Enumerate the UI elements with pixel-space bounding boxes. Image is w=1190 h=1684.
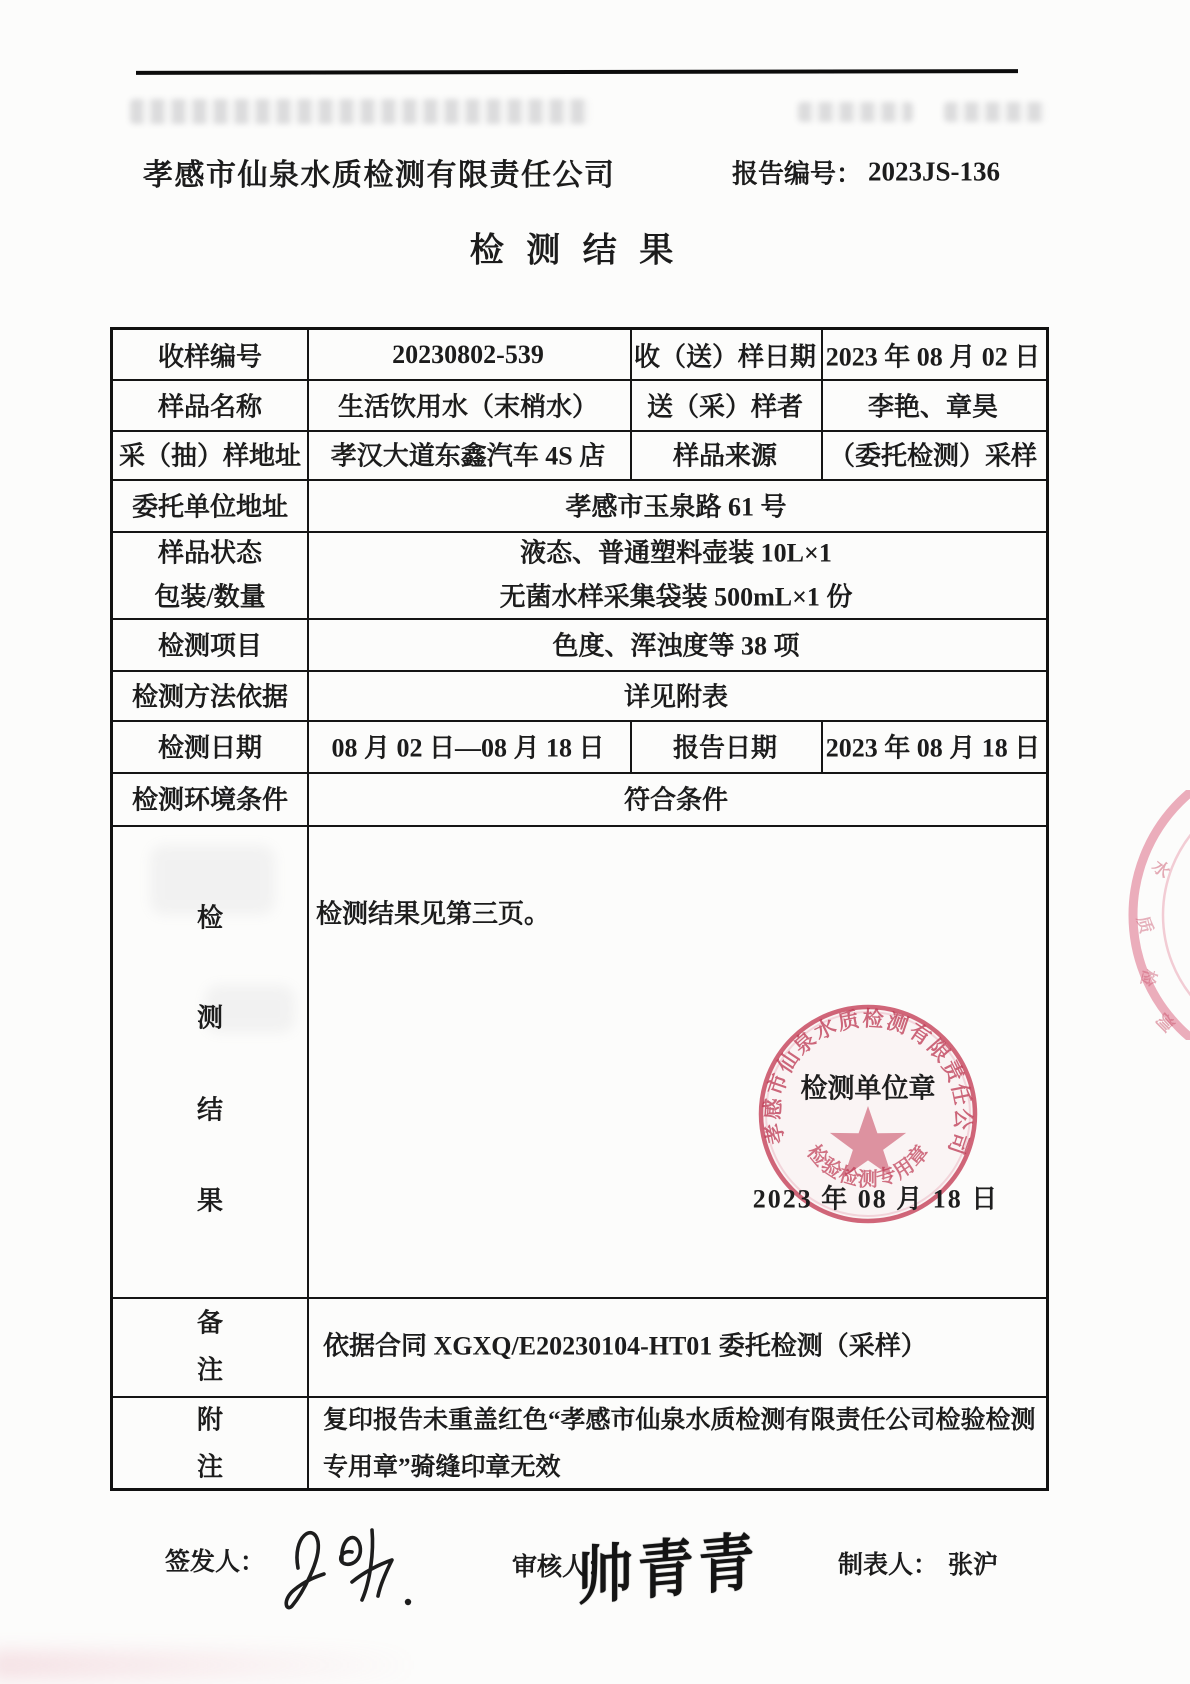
report-number-label: 报告编号： — [732, 154, 862, 191]
edge-stamp-faint-char: 水 — [1148, 856, 1174, 882]
sample-id-value: 20230802-539 — [392, 340, 544, 370]
result-label-char: 测 — [197, 998, 223, 1035]
receive-date-label: 收（送）样日期 — [634, 337, 816, 374]
edge-stamp-faint-char: 质 — [1133, 914, 1157, 936]
table-grid-line — [113, 825, 1046, 827]
sample-name-value: 生活饮用水（末梢水） — [338, 387, 598, 424]
report-table: 收样编号 20230802-539 收（送）样日期 2023 年 08 月 02… — [110, 327, 1049, 1491]
tabulator-name: 张沪 — [948, 1552, 998, 1579]
report-page: 孝感市仙泉水质检测有限责任公司 报告编号： 2023JS-136 检 测 结 果… — [0, 0, 1190, 1684]
table-grid-line — [113, 772, 1046, 774]
environment-label: 检测环境条件 — [132, 780, 288, 817]
report-date-value: 2023 年 08 月 18 日 — [826, 728, 1041, 765]
table-grid-line — [113, 670, 1046, 672]
report-number: 2023JS-136 — [868, 157, 1000, 188]
table-grid-line — [113, 1396, 1046, 1398]
top-rule-line — [136, 69, 1018, 75]
issuer-label: 签发人： — [165, 1542, 265, 1578]
sampling-address-value: 孝汉大道东鑫汽车 4S 店 — [331, 436, 605, 473]
packaging-qty-label: 包装/数量 — [154, 577, 265, 614]
seal-date: 2023 年 08 月 18 日 — [753, 1179, 1000, 1216]
packaging-qty-value: 无菌水样采集袋装 500mL×1 份 — [500, 577, 853, 614]
client-address-label: 委托单位地址 — [132, 487, 288, 524]
report-date-label: 报告日期 — [673, 728, 777, 765]
result-label-char: 结 — [197, 1090, 223, 1127]
sample-state-label: 样品状态 — [158, 533, 262, 570]
edge-stamp-faint-char: 测 — [1152, 1009, 1177, 1034]
table-grid-line — [821, 720, 823, 772]
table-grid-line — [113, 379, 1046, 381]
tabulator-label: 制表人： — [838, 1552, 938, 1579]
seal-unit-label: 检测单位章 — [801, 1067, 936, 1106]
result-content: 检测结果见第三页。 — [316, 894, 550, 931]
document-title: 检 测 结 果 — [470, 223, 681, 272]
remark-label-char: 注 — [197, 1350, 223, 1387]
table-grid-line — [113, 720, 1046, 722]
remark-label-char: 备 — [197, 1303, 223, 1340]
table-grid-line — [113, 479, 1046, 481]
sampler-label: 送（采）样者 — [647, 387, 803, 424]
note-label-char: 注 — [197, 1447, 223, 1484]
sample-name-label: 样品名称 — [158, 387, 262, 424]
sample-source-value: （委托检测）采样 — [829, 436, 1037, 473]
sample-source-label: 样品来源 — [673, 436, 777, 473]
test-date-value: 08 月 02 日—08 月 18 日 — [331, 728, 604, 765]
table-grid-line — [113, 430, 1046, 432]
edge-stamp-ring-inner — [1163, 790, 1190, 1040]
table-grid-line — [630, 720, 632, 772]
tabulator-line: 制表人：张沪 — [838, 1545, 998, 1581]
test-items-label: 检测项目 — [158, 626, 262, 663]
note-label-char: 附 — [197, 1400, 223, 1437]
reviewer-signature: 帅青青 — [577, 1512, 759, 1618]
remark-content: 依据合同 XGXQ/E20230104-HT01 委托检测（采样） — [323, 1326, 927, 1363]
table-grid-line — [113, 618, 1046, 620]
test-method-label: 检测方法依据 — [132, 677, 288, 714]
result-label-char: 果 — [197, 1181, 223, 1218]
sampling-address-label: 采（抽）样地址 — [119, 436, 301, 473]
sampler-value: 李艳、章昊 — [868, 387, 998, 424]
sample-id-label: 收样编号 — [158, 337, 262, 374]
table-grid-line — [307, 330, 309, 1488]
test-date-label: 检测日期 — [158, 728, 262, 765]
scan-smudge — [0, 1650, 420, 1680]
table-grid-line — [113, 1297, 1046, 1299]
issuer-signature-scribble — [268, 1502, 428, 1632]
sample-state-value: 液态、普通塑料壶装 10L×1 — [520, 533, 832, 570]
bleedthrough-artifact — [798, 102, 913, 122]
note-content-line1: 复印报告未重盖红色“孝感市仙泉水质检测有限责任公司检验检测 — [323, 1400, 1036, 1436]
bleedthrough-artifact — [944, 102, 1046, 122]
table-grid-line — [630, 330, 632, 479]
test-method-value: 详见附表 — [624, 677, 728, 714]
test-items-value: 色度、浑浊度等 38 项 — [552, 626, 799, 663]
result-label-char: 检 — [197, 898, 223, 935]
environment-value: 符合条件 — [624, 780, 728, 817]
bleedthrough-artifact — [130, 99, 590, 124]
table-grid-line — [821, 330, 823, 479]
receive-date-value: 2023 年 08 月 02 日 — [826, 337, 1041, 374]
note-content-line2: 专用章”骑缝印章无效 — [323, 1447, 561, 1483]
edge-stamp: 水 质 检 测 — [1093, 790, 1190, 1040]
client-address-value: 孝感市玉泉路 61 号 — [565, 487, 786, 524]
edge-stamp-ring — [1133, 790, 1190, 1040]
company-name: 孝感市仙泉水质检测有限责任公司 — [143, 150, 616, 194]
